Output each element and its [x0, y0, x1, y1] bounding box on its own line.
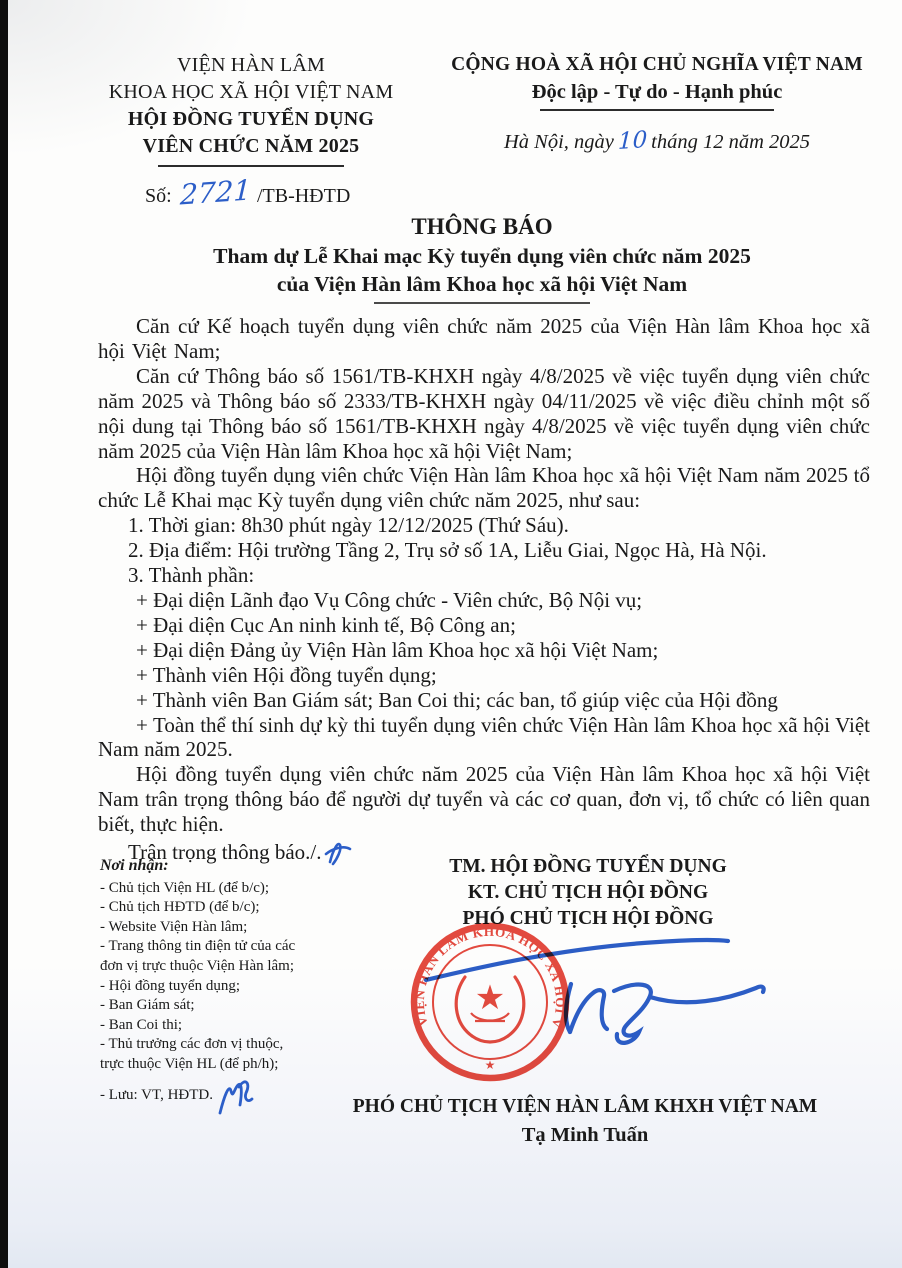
issuing-org-block: VIỆN HÀN LÂM KHOA HỌC XÃ HỘI VIỆT NAM HỘ…	[95, 52, 407, 209]
date-line: Hà Nội, ngày10tháng 12 năm 2025	[428, 128, 886, 154]
scan-border-left	[0, 0, 8, 1268]
recipient-item: - Ban Giám sát;	[100, 996, 356, 1016]
title-subject-line1: Tham dự Lễ Khai mạc Kỳ tuyển dụng viên c…	[100, 242, 864, 270]
title-divider-rule	[374, 302, 590, 304]
recipients-block: Nơi nhận: - Chủ tịch Viện HL (để b/c); -…	[100, 856, 356, 1119]
document-number-prefix: Số:	[145, 185, 172, 207]
body-paragraph: Căn cứ Kế hoạch tuyển dụng viên chức năm…	[98, 314, 870, 364]
attendee-item: + Đại diện Đảng ủy Viện Hàn lâm Khoa học…	[98, 638, 870, 663]
attendee-item: + Đại diện Cục An ninh kinh tế, Bộ Công …	[98, 613, 870, 638]
recipient-item-text: - Lưu: VT, HĐTD.	[100, 1087, 213, 1103]
recipient-item: trực thuộc Viện HL (để ph/h);	[100, 1055, 356, 1075]
document-number-suffix: /TB-HĐTD	[257, 185, 350, 207]
recipient-item: - Hội đồng tuyển dụng;	[100, 977, 356, 997]
body-item-location: 2. Địa điểm: Hội trường Tầng 2, Trụ sở s…	[98, 538, 870, 563]
date-after: tháng 12 năm 2025	[651, 131, 810, 153]
document-number-handwritten: 2721	[179, 173, 251, 211]
national-motto-block: CỘNG HOÀ XÃ HỘI CHỦ NGHĨA VIỆT NAM Độc l…	[428, 52, 886, 154]
document-number: Số:2721/TB-HĐTD	[95, 176, 407, 209]
title-subject-line2: của Viện Hàn lâm Khoa học xã hội Việt Na…	[100, 270, 864, 298]
signature-authority-line1: TM. HỘI ĐỒNG TUYỂN DỤNG	[400, 854, 776, 880]
document-body: Căn cứ Kế hoạch tuyển dụng viên chức năm…	[98, 314, 870, 867]
body-paragraph: Căn cứ Thông báo số 1561/TB-KHXH ngày 4/…	[98, 364, 870, 464]
national-motto: Độc lập - Tự do - Hạnh phúc	[428, 79, 886, 106]
recipient-item: - Chủ tịch Viện HL (để b/c);	[100, 879, 356, 899]
org-council-line2: VIÊN CHỨC NĂM 2025	[95, 133, 407, 160]
attendee-item: + Thành viên Ban Giám sát; Ban Coi thi; …	[98, 688, 870, 713]
org-divider-rule	[158, 165, 344, 167]
seal-star: ★	[485, 1058, 496, 1072]
scanned-official-document: VIỆN HÀN LÂM KHOA HỌC XÃ HỘI VIỆT NAM HỘ…	[0, 0, 902, 1268]
signature-authority-line2: KT. CHỦ TỊCH HỘI ĐỒNG	[400, 880, 776, 906]
document-title-block: THÔNG BÁO Tham dự Lễ Khai mạc Kỳ tuyển d…	[100, 212, 864, 304]
body-paragraph: Hội đồng tuyển dụng viên chức Viện Hàn l…	[98, 463, 870, 513]
recipient-item: - Thủ trưởng các đơn vị thuộc,	[100, 1035, 356, 1055]
recipients-heading: Nơi nhận:	[100, 856, 356, 876]
body-paragraph: Hội đồng tuyển dụng viên chức năm 2025 c…	[98, 762, 870, 837]
handwritten-initials-icon	[215, 1075, 255, 1119]
body-item-attendees: 3. Thành phần:	[98, 563, 870, 588]
recipient-item: - Website Viện Hàn lâm;	[100, 918, 356, 938]
signer-position: PHÓ CHỦ TỊCH VIỆN HÀN LÂM KHXH VIỆT NAM	[280, 1096, 890, 1118]
recipient-item: - Chủ tịch HĐTD (để b/c);	[100, 898, 356, 918]
org-parent-line2: KHOA HỌC XÃ HỘI VIỆT NAM	[95, 79, 407, 106]
date-before: Hà Nội, ngày	[504, 131, 614, 153]
recipient-item: đơn vị trực thuộc Viện Hàn lâm;	[100, 957, 356, 977]
body-item-time: 1. Thời gian: 8h30 phút ngày 12/12/2025 …	[98, 513, 870, 538]
org-parent-line1: VIỆN HÀN LÂM	[95, 52, 407, 79]
motto-divider-rule	[540, 109, 774, 111]
signature-ink	[408, 924, 808, 1049]
signer-name: Tạ Minh Tuấn	[280, 1124, 890, 1147]
title-main: THÔNG BÁO	[100, 212, 864, 242]
national-title: CỘNG HOÀ XÃ HỘI CHỦ NGHĨA VIỆT NAM	[428, 52, 886, 78]
attendee-item: + Toàn thể thí sinh dự kỳ thi tuyển dụng…	[98, 713, 870, 763]
recipient-item: - Ban Coi thi;	[100, 1016, 356, 1036]
org-council-line1: HỘI ĐỒNG TUYỂN DỤNG	[95, 106, 407, 133]
recipient-item: - Trang thông tin điện tử của các	[100, 937, 356, 957]
attendee-item: + Thành viên Hội đồng tuyển dụng;	[98, 663, 870, 688]
attendee-item: + Đại diện Lãnh đạo Vụ Công chức - Viên …	[98, 588, 870, 613]
date-handwritten-day: 10	[617, 127, 647, 155]
